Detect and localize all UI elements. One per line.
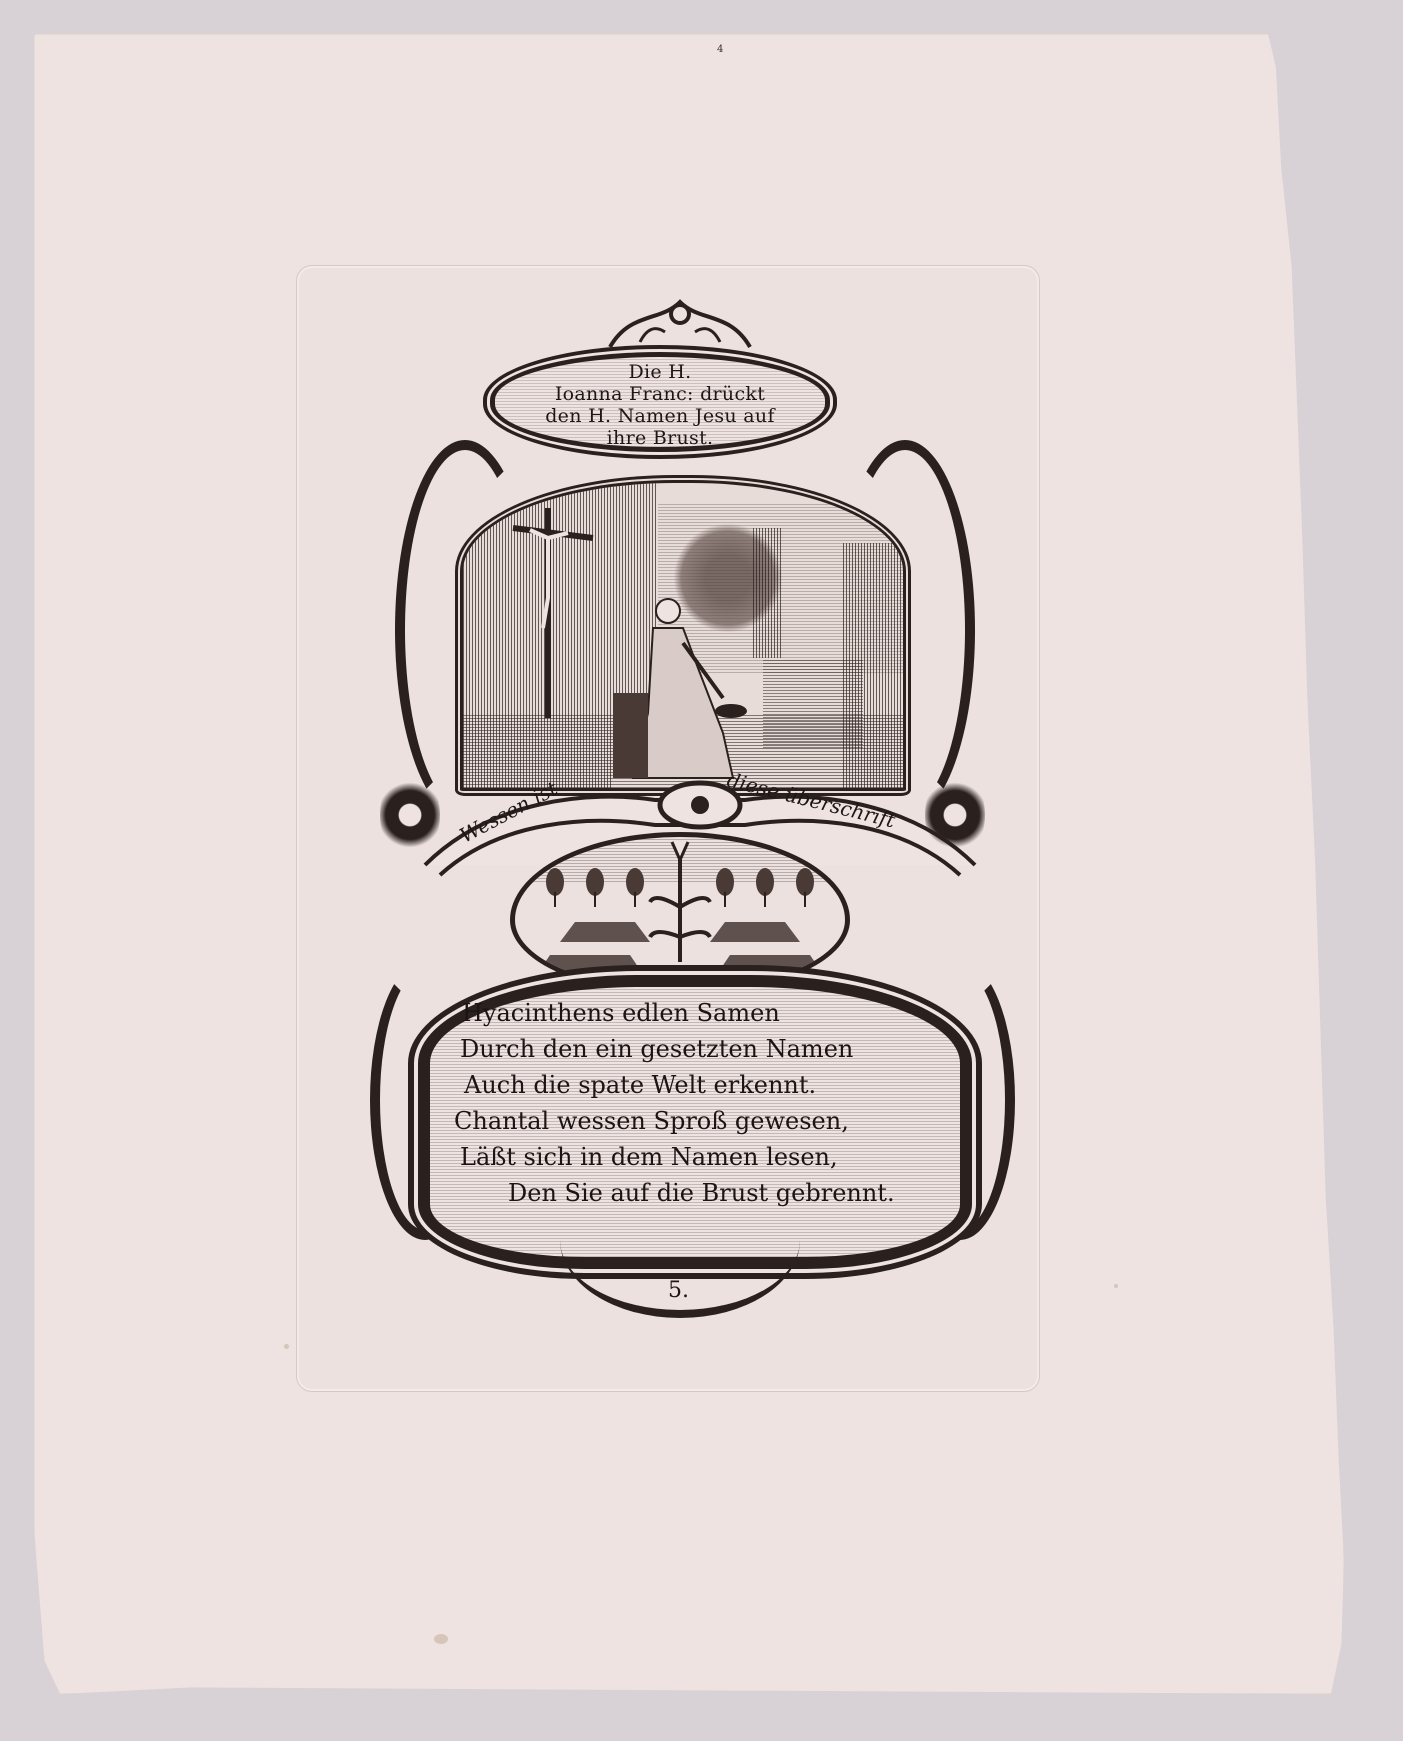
foxing-spot: [434, 1634, 448, 1644]
garden-trees: [515, 837, 845, 987]
poem-line: Hyacinthens edlen Samen: [460, 995, 930, 1031]
garden-vignette: [510, 832, 850, 992]
kneeling-saint-figure: [613, 593, 763, 783]
plate-number: 5.: [668, 1278, 689, 1303]
foxing-spot: [1114, 1284, 1118, 1288]
title-line: Ioanna Franc: drückt: [495, 383, 825, 405]
poem-line: Läßt sich in dem Namen lesen,: [460, 1139, 930, 1175]
page-mark: 4: [717, 44, 723, 55]
poem-line: Durch den ein gesetzten Namen: [460, 1031, 930, 1067]
poem-line: Chantal wessen Sproß gewesen,: [454, 1103, 930, 1139]
flower-garland-left: [380, 770, 440, 860]
poem-verse: Hyacinthens edlen Samen Durch den ein ge…: [460, 995, 930, 1211]
flower-garland-right: [925, 770, 985, 860]
poem-line: Den Sie auf die Brust gebrennt.: [460, 1175, 930, 1211]
foxing-spot: [284, 1344, 289, 1349]
title-line: Die H.: [495, 361, 825, 383]
title-cartouche: Die H. Ioanna Franc: drückt den H. Namen…: [490, 352, 830, 452]
devotional-scene: [455, 475, 911, 796]
title-line: den H. Namen Jesu auf: [495, 405, 825, 427]
title-line: ihre Brust.: [495, 427, 825, 449]
balustrade: [763, 658, 863, 748]
crest-ornament: [600, 292, 760, 352]
poem-line: Auch die spate Welt erkennt.: [460, 1067, 930, 1103]
crucifix-icon: [508, 503, 598, 723]
